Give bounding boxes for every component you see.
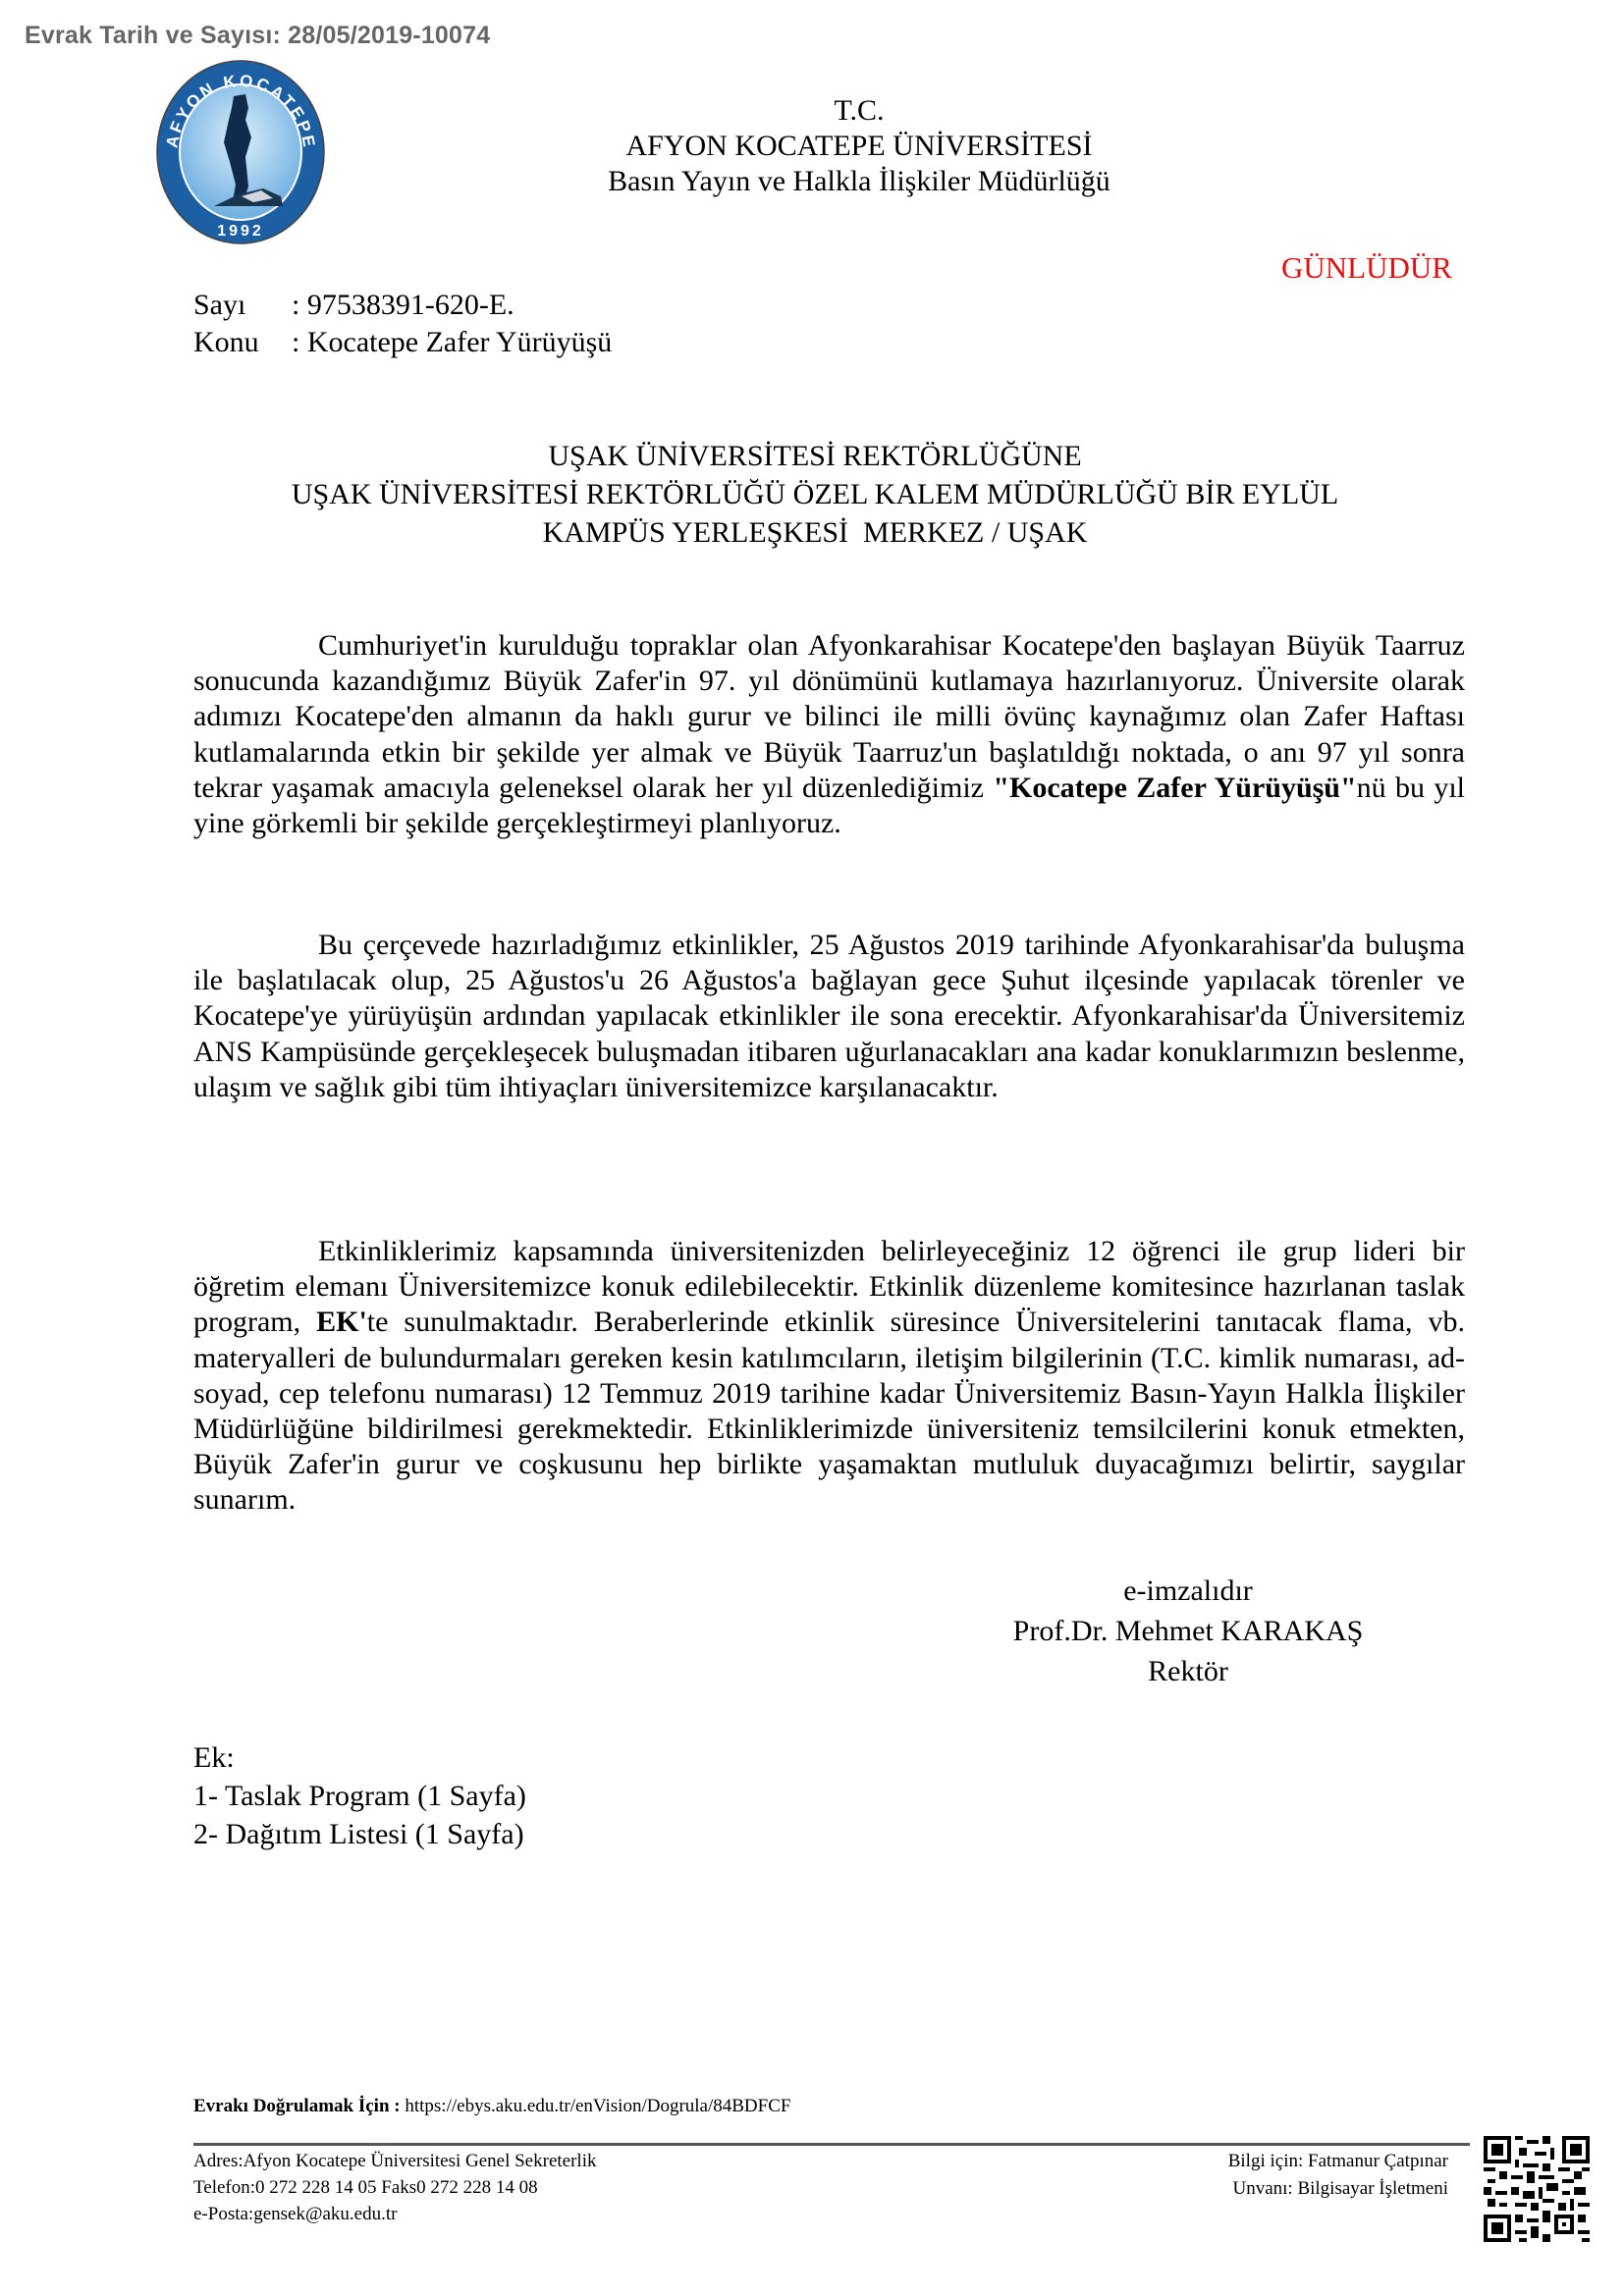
signature-status: e-imzalıdır: [943, 1571, 1434, 1611]
footer-divider: [193, 2143, 1470, 2146]
konu-label: Konu: [193, 324, 292, 361]
email-line: e-Posta:gensek@aku.edu.tr: [193, 2201, 596, 2227]
address-line: Adres:Afyon Kocatepe Üniversitesi Genel …: [193, 2148, 596, 2174]
body-paragraph-1: Cumhuriyet'in kurulduğu topraklar olan A…: [193, 628, 1465, 841]
attachments-list: Ek: 1- Taslak Program (1 Sayfa) 2- Dağıt…: [193, 1738, 526, 1853]
recipient-line-2: UŞAK ÜNİVERSİTESİ REKTÖRLÜĞÜ ÖZEL KALEM …: [177, 475, 1453, 513]
recipient-line-3: KAMPÜS YERLEŞKESİ MERKEZ / UŞAK: [177, 513, 1453, 552]
footer-info: Bilgi için: Fatmanur Çatpınar Unvanı: Bi…: [1080, 2148, 1448, 2203]
attachment-item: 1- Taslak Program (1 Sayfa): [193, 1777, 526, 1815]
info-title: Unvanı: Bilgisayar İşletmeni: [1080, 2175, 1448, 2203]
header-university: AFYON KOCATEPE ÜNİVERSİTESİ: [491, 129, 1227, 164]
signatory-name: Prof.Dr. Mehmet KARAKAŞ: [943, 1611, 1434, 1651]
event-name-bold: "Kocatepe Zafer Yürüyüşü": [993, 772, 1356, 804]
paragraph-text: te sunulmaktadır. Beraberlerinde etkinli…: [193, 1306, 1465, 1516]
header-country: T.C.: [491, 93, 1227, 129]
recipient-line-1: UŞAK ÜNİVERSİTESİ REKTÖRLÜĞÜNE: [177, 437, 1453, 475]
recipient-block: UŞAK ÜNİVERSİTESİ REKTÖRLÜĞÜNE UŞAK ÜNİV…: [177, 437, 1453, 552]
sayi-label: Sayı: [193, 287, 292, 324]
qr-code-icon: [1484, 2136, 1590, 2242]
body-paragraph-2: Bu çerçevede hazırladığımız etkinlikler,…: [193, 928, 1465, 1105]
priority-label: GÜNLÜDÜR: [1281, 250, 1452, 286]
document-date-number-stamp: Evrak Tarih ve Sayısı: 28/05/2019-10074: [25, 22, 490, 50]
university-seal-icon: AFYON KOCATEPE ÜNİVERSİTESİ 1992: [155, 59, 326, 245]
signatory-title: Rektör: [943, 1651, 1434, 1691]
phone-line: Telefon:0 272 228 14 05 Faks0 272 228 14…: [193, 2174, 596, 2201]
attachments-label: Ek:: [193, 1738, 526, 1777]
paragraph-text: Bu çerçevede hazırladığımız etkinlikler,…: [193, 928, 1465, 1105]
document-meta: Sayı : 97538391-620-E. Konu : Kocatepe Z…: [193, 287, 612, 361]
verification-line: Evrakı Doğrulamak İçin : https://ebys.ak…: [193, 2096, 790, 2117]
sayi-value: : 97538391-620-E.: [292, 287, 514, 324]
verify-url-link[interactable]: https://ebys.aku.edu.tr/enVision/Dogrula…: [405, 2096, 790, 2116]
info-contact: Bilgi için: Fatmanur Çatpınar: [1080, 2148, 1448, 2175]
svg-text:1992: 1992: [217, 223, 264, 240]
issuer-header: T.C. AFYON KOCATEPE ÜNİVERSİTESİ Basın Y…: [491, 93, 1227, 199]
header-department: Basın Yayın ve Halkla İlişkiler Müdürlüğ…: [491, 164, 1227, 199]
attachment-ref-bold: EK': [316, 1306, 367, 1338]
signature-block: e-imzalıdır Prof.Dr. Mehmet KARAKAŞ Rekt…: [943, 1571, 1434, 1691]
konu-value: : Kocatepe Zafer Yürüyüşü: [292, 324, 612, 361]
attachment-item: 2- Dağıtım Listesi (1 Sayfa): [193, 1815, 526, 1853]
verify-label: Evrakı Doğrulamak İçin :: [193, 2096, 401, 2116]
body-paragraph-3: Etkinliklerimiz kapsamında üniversiteniz…: [193, 1234, 1465, 1519]
footer-address: Adres:Afyon Kocatepe Üniversitesi Genel …: [193, 2148, 596, 2227]
